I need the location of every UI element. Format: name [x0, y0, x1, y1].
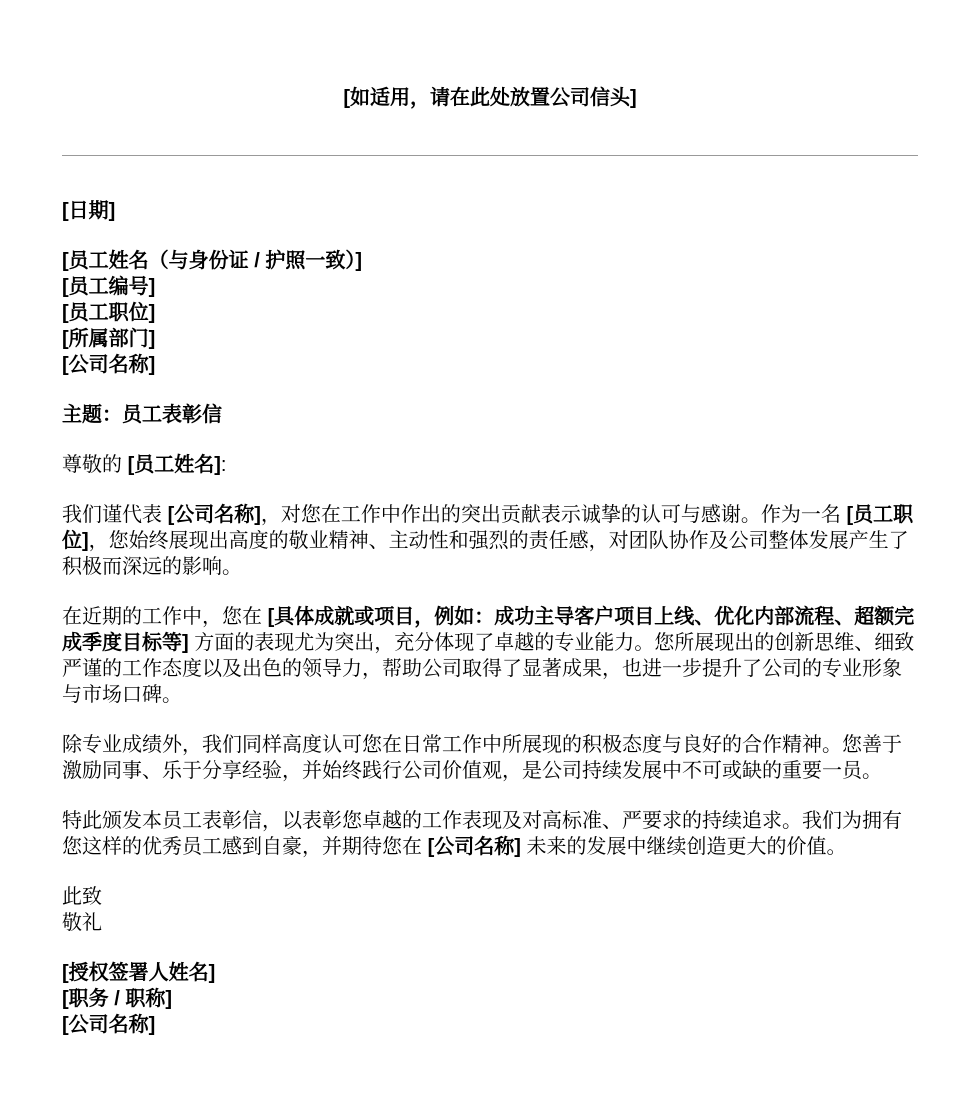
line: 敬礼 — [62, 910, 918, 936]
letterhead-placeholder: [如适用，请在此处放置公司信头] — [62, 85, 918, 111]
placeholder-token: [公司名称] — [168, 504, 261, 526]
line: [员工姓名（与身份证 / 护照一致）] — [62, 248, 918, 274]
line: [公司名称] — [62, 1012, 918, 1038]
body-paragraph: 特此颁发本员工表彰信，以表彰您卓越的工作表现及对高标准、严要求的持续追求。我们为… — [62, 808, 918, 860]
body-paragraph: 在近期的工作中，您在 [具体成就或项目，例如：成功主导客户项目上线、优化内部流程… — [62, 604, 918, 708]
letter-body: 我们谨代表 [公司名称]，对您在工作中作出的突出贡献表示诚挚的认可与感谢。作为一… — [62, 502, 918, 860]
line: [所属部门] — [62, 326, 918, 352]
line: 此致 — [62, 884, 918, 910]
signature-block: [授权签署人姓名][职务 / 职称][公司名称] — [62, 960, 918, 1038]
subject-line: 主题：员工表彰信 — [62, 402, 918, 428]
text-run: ，您始终展现出高度的敬业精神、主动性和强烈的责任感，对团队协作及公司整体发展产生… — [62, 530, 909, 578]
letterhead-divider — [62, 155, 918, 156]
line: [公司名称] — [62, 352, 918, 378]
body-paragraph: 除专业成绩外，我们同样高度认可您在日常工作中所展现的积极态度与良好的合作精神。您… — [62, 732, 918, 784]
line: [授权签署人姓名] — [62, 960, 918, 986]
date-placeholder: [日期] — [62, 198, 918, 224]
letter-document: [如适用，请在此处放置公司信头] [日期] [员工姓名（与身份证 / 护照一致）… — [0, 0, 980, 1120]
recipient-block: [员工姓名（与身份证 / 护照一致）][员工编号][员工职位][所属部门][公司… — [62, 248, 918, 378]
line: [员工编号] — [62, 274, 918, 300]
text-run: ，对您在工作中作出的突出贡献表示诚挚的认可与感谢。作为一名 — [261, 504, 847, 526]
placeholder-token: [公司名称] — [428, 836, 521, 858]
text-run: 方面的表现尤为突出，充分体现了卓越的专业能力。您所展现出的创新思维、细致严谨的工… — [62, 632, 914, 706]
salutation: 尊敬的 [员工姓名]: — [62, 452, 918, 478]
placeholder-token: [员工姓名] — [128, 454, 221, 476]
text-run: 除专业成绩外，我们同样高度认可您在日常工作中所展现的积极态度与良好的合作精神。您… — [62, 734, 902, 782]
text-run: : — [221, 454, 227, 476]
text-run: 未来的发展中继续创造更大的价值。 — [521, 836, 847, 858]
line: [职务 / 职称] — [62, 986, 918, 1012]
text-run: 我们谨代表 — [62, 504, 168, 526]
body-paragraph: 我们谨代表 [公司名称]，对您在工作中作出的突出贡献表示诚挚的认可与感谢。作为一… — [62, 502, 918, 580]
closing-block: 此致敬礼 — [62, 884, 918, 936]
text-run: 在近期的工作中，您在 — [62, 606, 268, 628]
text-run: 尊敬的 — [62, 454, 128, 476]
line: [员工职位] — [62, 300, 918, 326]
